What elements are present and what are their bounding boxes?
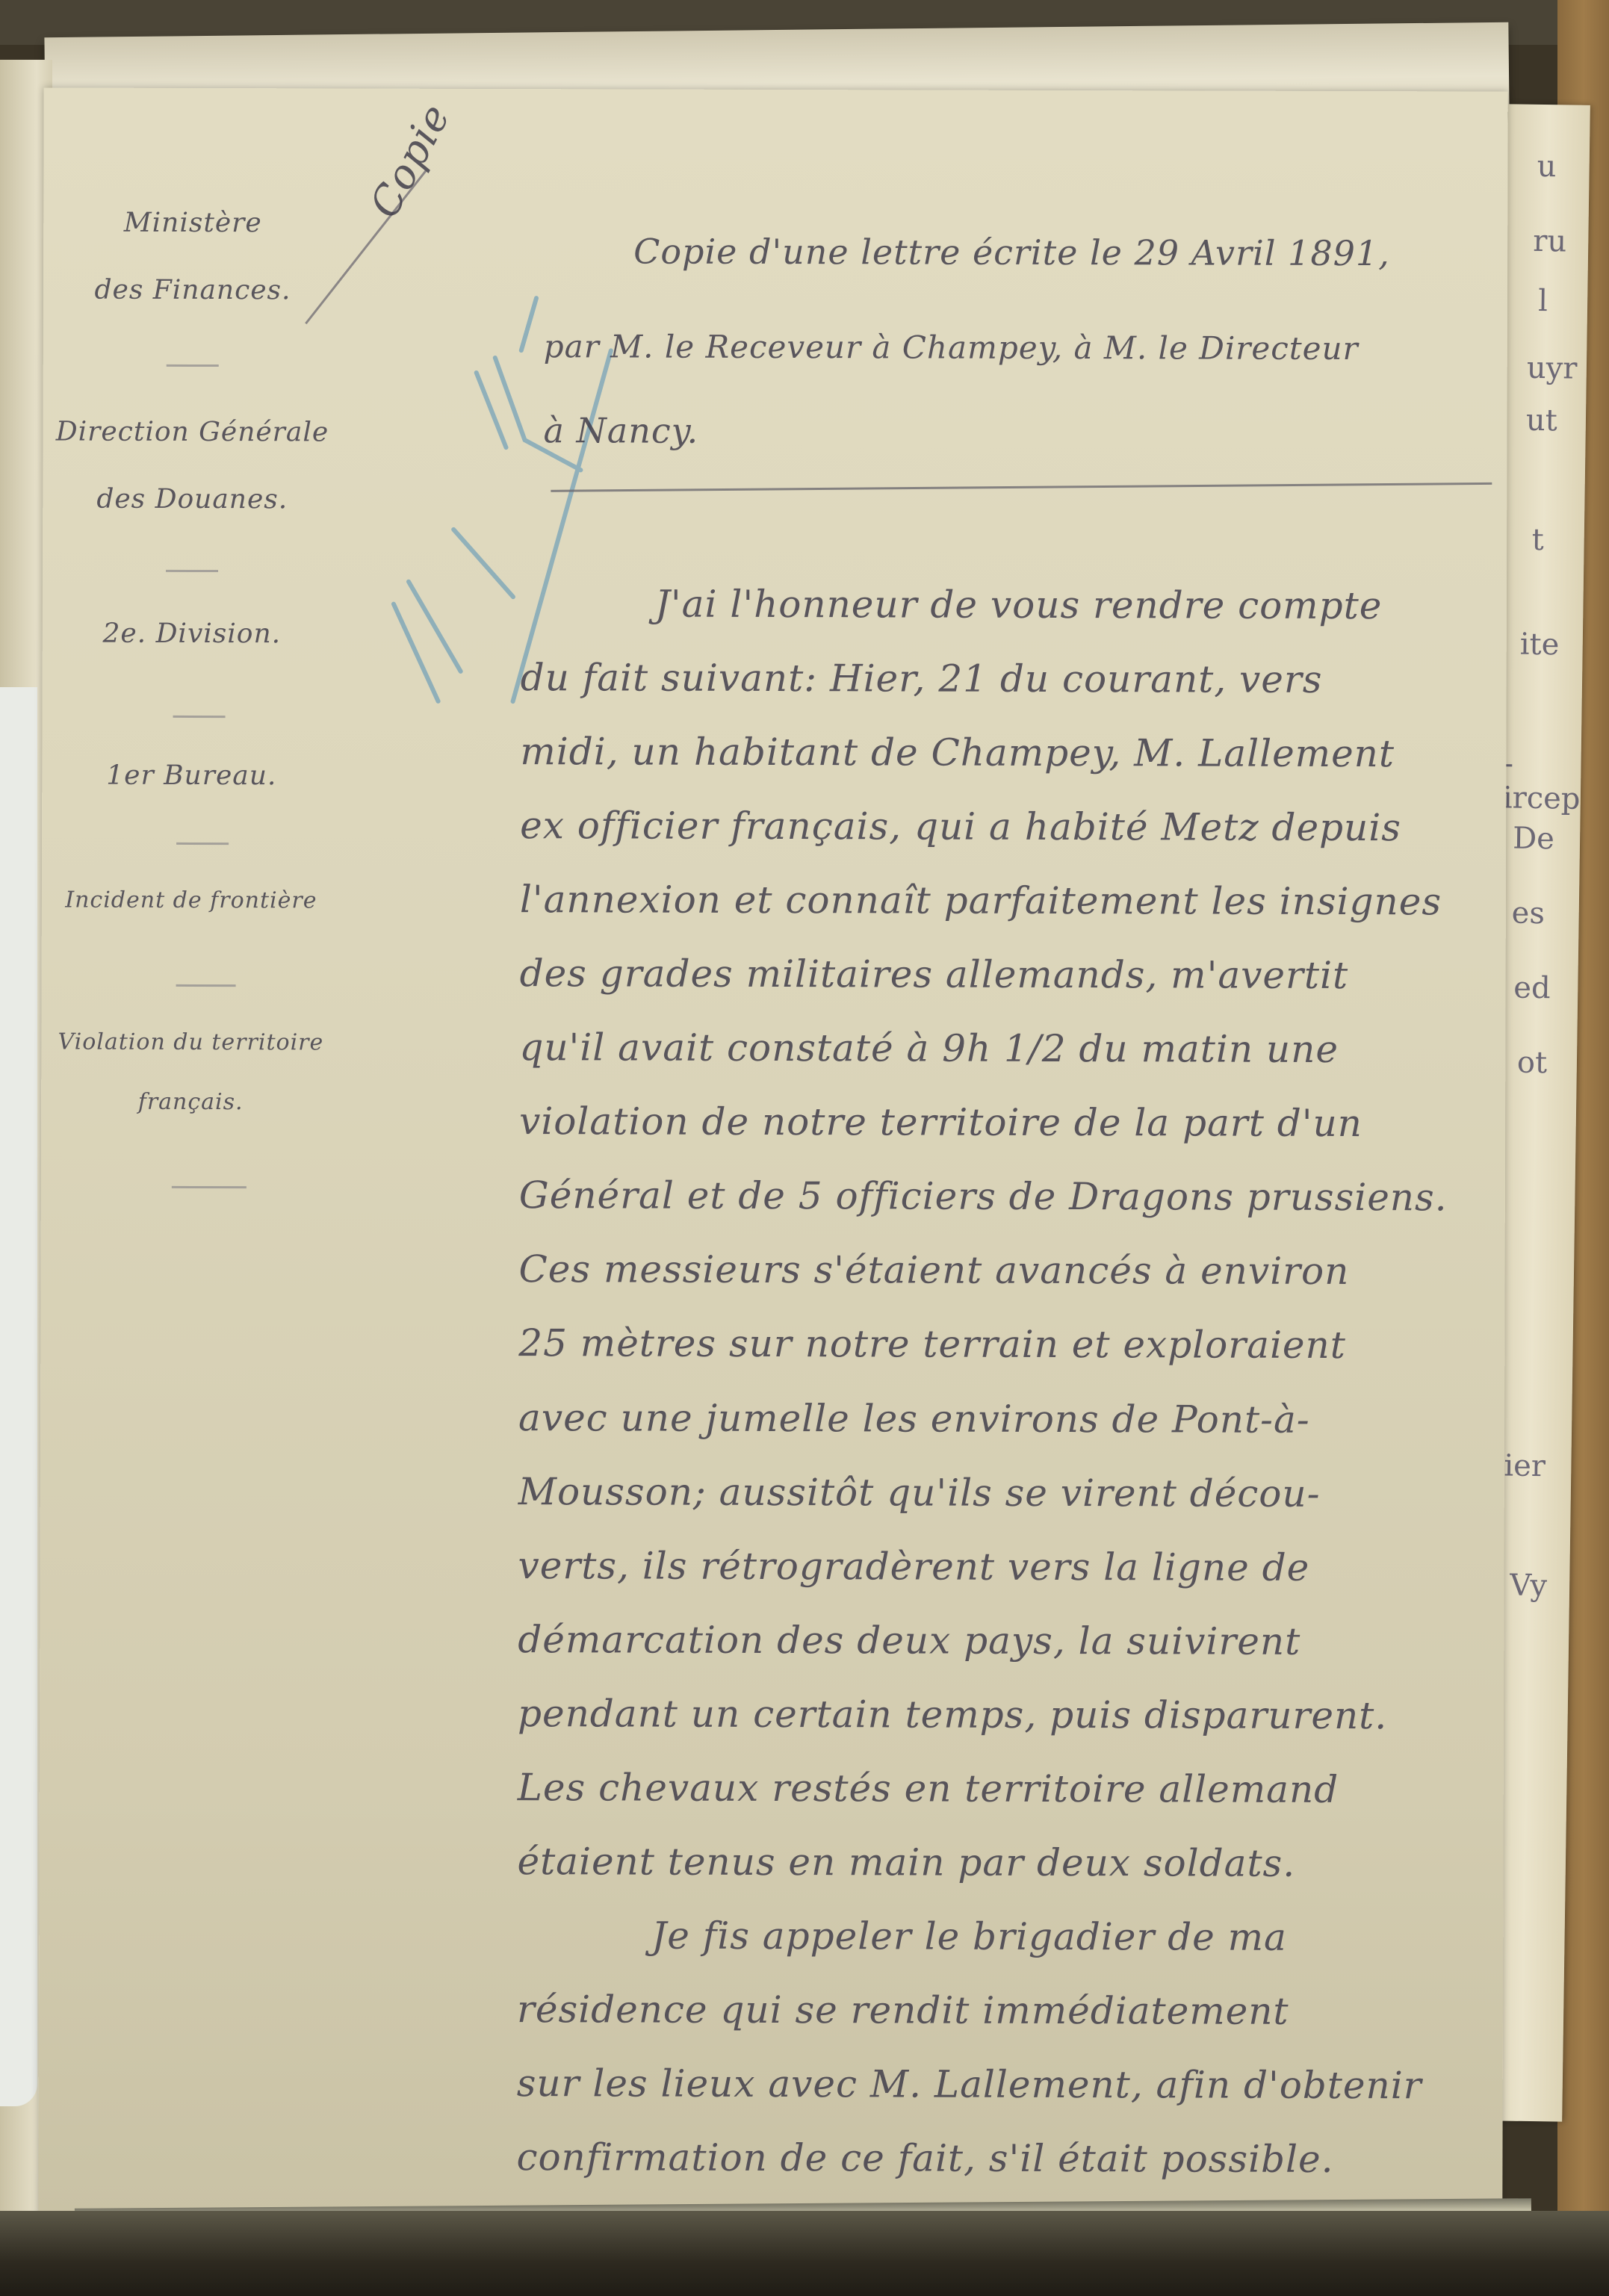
edge-fragment: ut [1526,403,1557,438]
body-line: violation de notre territoire de la part… [519,1099,1490,1145]
body-line: pendant un certain temps, puis disparure… [518,1692,1489,1737]
heading-line-2: par M. le Receveur à Champey, à M. le Di… [544,328,1359,367]
body-line: qu'il avait constaté à 9h 1/2 du matin u… [519,1026,1490,1071]
edge-fragment: ru [1533,224,1567,259]
edge-fragment: t [1531,523,1544,557]
body-line: avec une jumelle les environs de Pont-à- [518,1396,1489,1442]
body-line: J'ai l'honneur de vous rendre compte [655,583,1609,628]
body-line: sur les lieux avec M. Lallement, afin d'… [517,2061,1488,2107]
edge-fragment: es [1511,896,1545,931]
margin-division: 2e. Division. [43,618,341,649]
edge-fragment: ed [1513,971,1551,1006]
body-line: Mousson; aussitôt qu'ils se virent décou… [518,1470,1489,1515]
letter-page: Ministère des Finances. Direction Généra… [38,87,1507,2220]
margin-divider [172,1186,247,1188]
margin-subject-violation-line2: français. [41,1088,340,1115]
body-line: étaient tenus en main par deux soldats. [517,1840,1488,1885]
edge-fragment: De [1513,822,1554,857]
heading-underline [551,483,1492,492]
body-line: ex officier français, qui a habité Metz … [520,804,1491,849]
edge-fragment: ot [1517,1046,1548,1081]
margin-subject-incident: Incident de frontière [42,887,341,913]
body-line: Ces messieurs s'étaient avancés à enviro… [519,1248,1490,1294]
margin-ministry-line1: Ministère [43,207,342,238]
margin-bureau: 1er Bureau. [42,760,341,791]
body-line: confirmation de ce fait, s'il était poss… [516,2135,1487,2181]
edge-fragment: ite [1519,627,1559,663]
margin-divider [176,984,236,987]
edge-fragment: ier [1504,1448,1546,1483]
margin-direction-line2: des Douanes. [43,483,341,515]
edge-fragment: -ircep [1503,746,1581,816]
margin-divider [176,843,229,845]
margin-subject-violation-line1: Violation du territoire [41,1028,340,1055]
body-line: 25 mètres sur notre terrain et exploraie… [518,1322,1489,1368]
body-line: midi, un habitant de Champey, M. Lalleme… [520,730,1491,775]
body-line: résidence qui se rendit immédiatement [517,1988,1488,2033]
body-line: du fait suivant: Hier, 21 du courant, ve… [521,656,1492,701]
margin-divider [173,716,226,718]
body-line: verts, ils rétrogradèrent vers la ligne … [518,1544,1489,1589]
edge-fragment: Vy [1510,1569,1548,1604]
margin-direction-line1: Direction Générale [43,416,341,447]
white-binder-edge [0,687,37,2106]
edge-fragment: u [1537,149,1556,184]
body-line: Général et de 5 officiers de Dragons pru… [519,1173,1490,1219]
body-line: l'annexion et connaît parfaitement les i… [520,878,1491,923]
bottom-shadow [0,2211,1609,2296]
margin-divider [166,570,218,572]
heading-line-3: à Nancy. [543,410,698,451]
body-line: des grades militaires allemands, m'avert… [520,952,1491,997]
body-line: Je fis appeler le brigadier de ma [651,1914,1609,1959]
margin-ministry-line2: des Finances. [43,274,342,305]
copie-annotation: Copie [361,96,459,226]
edge-fragment: uyr [1527,351,1578,386]
heading-line-1: Copie d'une lettre écrite le 29 Avril 18… [633,232,1390,274]
margin-divider [167,364,219,367]
edge-fragment: l [1538,284,1548,318]
body-line: Les chevaux restés en territoire alleman… [518,1766,1489,1811]
body-line: démarcation des deux pays, la suivirent [518,1618,1489,1663]
